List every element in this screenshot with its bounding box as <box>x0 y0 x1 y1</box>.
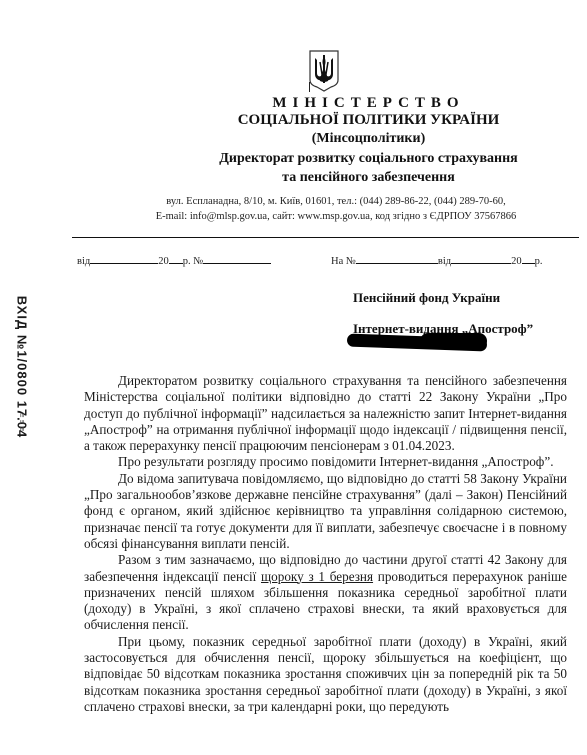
date-blank <box>90 252 158 264</box>
letter-page: МІНІСТЕРСТВО СОЦІАЛЬНОЇ ПОЛІТИКИ УКРАЇНИ… <box>0 0 587 755</box>
directorate-name-line2: та пенсійного забезпечення <box>0 170 587 186</box>
paragraph-5: При цьому, показник середньої заробітної… <box>84 634 567 715</box>
year-blank <box>522 252 535 264</box>
contacts-address: вул. Еспланадна, 8/10, м. Київ, 01601, т… <box>0 196 587 207</box>
incoming-stamp: ВХІД №1/0800 17.04 ≡ ≡ ≡ <box>2 305 42 445</box>
date-blank <box>451 252 511 264</box>
year-prefix: 20 <box>158 256 169 267</box>
ministry-title: МІНІСТЕРСТВО <box>0 95 587 112</box>
stamp-small-text: ≡ ≡ ≡ <box>18 413 27 431</box>
year-suffix: р. <box>535 256 543 267</box>
letter-body: Директоратом розвитку соціального страху… <box>84 373 567 715</box>
letterhead-divider <box>72 237 579 238</box>
outgoing-registration: від20р. № <box>77 252 271 267</box>
paragraph-1: Директоратом розвитку соціального страху… <box>84 373 567 454</box>
ministry-short-name: (Мінсоцполітики) <box>0 131 587 147</box>
paragraph-3: До відома запитувача повідомляємо, що ві… <box>84 471 567 552</box>
number-blank <box>203 252 271 264</box>
directorate-name-line1: Директорат розвитку соціального страхува… <box>0 151 587 167</box>
paragraph-2: Про результати розгляду просимо повідоми… <box>84 454 567 470</box>
number-label: № <box>193 256 203 267</box>
ukraine-coat-of-arms-icon <box>309 50 339 92</box>
from-label: від <box>438 256 451 267</box>
emblem-mark <box>309 82 310 92</box>
year-suffix: р. <box>183 256 191 267</box>
year-blank <box>169 252 183 264</box>
ref-label: На № <box>331 256 356 267</box>
ministry-full-name: СОЦІАЛЬНОЇ ПОЛІТИКИ УКРАЇНИ <box>0 112 587 129</box>
underlined-phrase: щороку з 1 березня <box>261 569 373 584</box>
from-label: від <box>77 256 90 267</box>
addressee-pension-fund: Пенсійний фонд України <box>353 290 500 306</box>
incoming-reference: На №від20р. <box>331 252 542 267</box>
redaction-mark-end <box>420 333 487 349</box>
ref-number-blank <box>356 252 438 264</box>
paragraph-4: Разом з тим зазначаємо, що відповідно до… <box>84 552 567 633</box>
year-prefix: 20 <box>511 256 522 267</box>
contacts-email: E-mail: info@mlsp.gov.ua, сайт: www.msp.… <box>0 211 587 222</box>
